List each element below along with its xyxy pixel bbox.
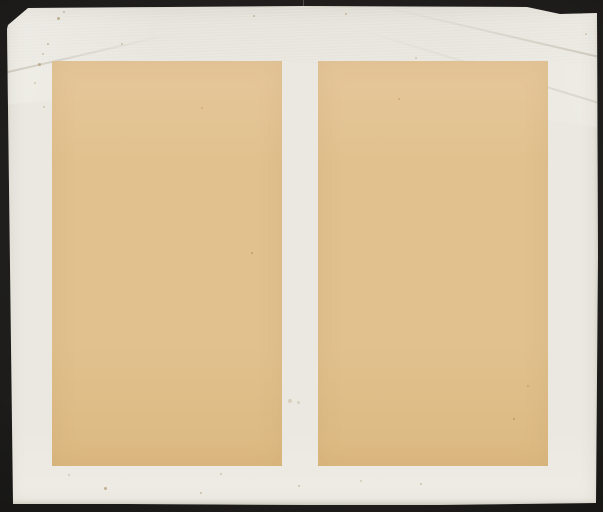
photo-panel-left xyxy=(52,61,282,466)
foxing-spot xyxy=(580,12,582,14)
foxing-spot xyxy=(42,53,44,55)
scan-bed-background xyxy=(0,0,603,512)
foxing-spot xyxy=(585,33,587,35)
sheet-sheen-texture xyxy=(7,5,598,63)
foxing-spot xyxy=(38,63,41,66)
photo-panel-right xyxy=(318,61,548,466)
foxing-spot xyxy=(420,483,422,485)
foxing-spot xyxy=(57,17,60,20)
foxing-spot xyxy=(63,11,65,13)
foxing-spot xyxy=(297,401,300,404)
foxing-spot xyxy=(121,43,123,45)
foxing-spot xyxy=(200,492,202,494)
foxing-spot xyxy=(298,485,300,487)
foxing-spot xyxy=(43,106,45,108)
crease-line-top-right-1 xyxy=(379,5,603,59)
foxing-spot xyxy=(220,473,222,475)
foxing-spot xyxy=(47,43,49,45)
foxing-spot xyxy=(34,82,36,84)
foxing-spot xyxy=(345,13,347,15)
foxing-spot xyxy=(288,399,292,403)
foxing-spot xyxy=(415,57,417,59)
foxing-spot xyxy=(68,474,70,476)
foxing-spot xyxy=(104,487,107,490)
foxing-spot xyxy=(253,15,255,17)
album-sheet xyxy=(7,5,598,506)
foxing-spot xyxy=(360,480,362,482)
